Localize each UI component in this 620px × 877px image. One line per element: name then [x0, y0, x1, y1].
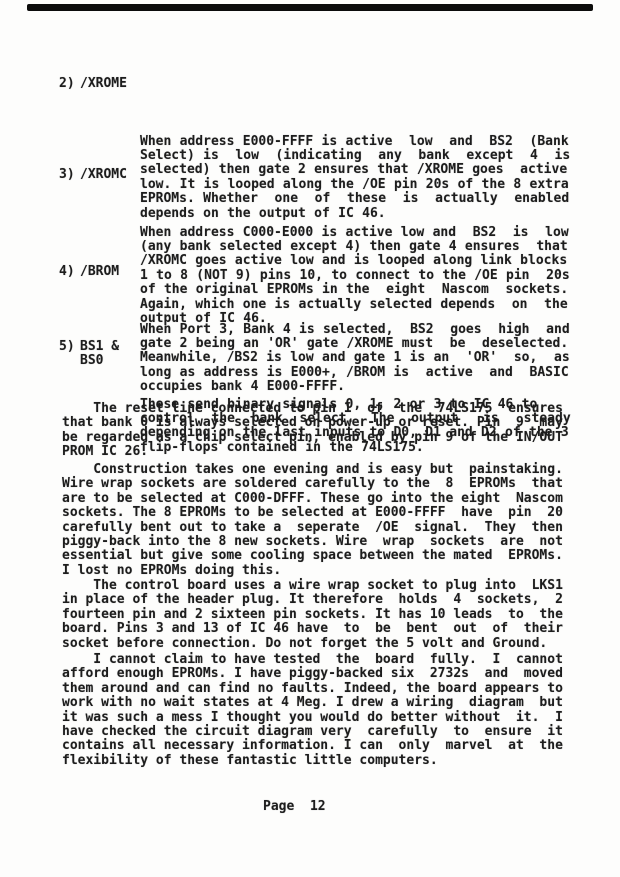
item-number: 2) — [59, 77, 75, 91]
paragraph-testing: I cannot claim to have tested the board … — [62, 653, 563, 768]
item-term: /XROMC — [80, 168, 127, 182]
page-number: Page 12 — [263, 800, 326, 814]
scan-edge-artifact-bar — [27, 4, 593, 11]
item-term: /BROM — [80, 265, 119, 279]
item-number: 3) — [59, 168, 75, 182]
item-number: 4) — [59, 265, 75, 279]
item-number: 5) — [59, 340, 75, 354]
paragraph-control-board: The control board uses a wire wrap socke… — [62, 579, 563, 651]
paragraph-reset-line: The reset line connected to pin 1 of the… — [62, 402, 563, 460]
item-term: BS1 & BS0 — [80, 340, 119, 369]
item-term: /XROME — [80, 77, 127, 91]
scanned-document-page: 2) /XROME When address E000-FFFF is acti… — [0, 0, 620, 877]
paragraph-construction: Construction takes one evening and is ea… — [62, 463, 563, 578]
